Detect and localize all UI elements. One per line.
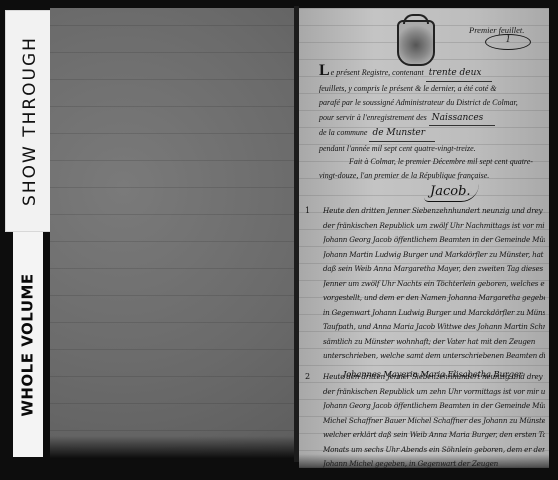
dated-statement: Fait à Colmar, le premier Décembre mil s… <box>319 155 539 183</box>
entry-line: Johann Georg Jacob öffentlichem Beamten … <box>323 233 545 248</box>
entry-line: Heute den dritten Jenner Siebenzehnhunde… <box>323 370 545 385</box>
form-line-1: e présent Registre, contenant <box>331 68 424 77</box>
entry-line: daß sein Weib Anna Margaretha Mayer, den… <box>323 262 545 277</box>
entry-line: sämtlich zu Münster wohnhaft; der Vater … <box>323 335 545 350</box>
entry-line: vorgestellt, und dem er den Namen Johann… <box>323 291 545 306</box>
entry-line: Jenner um zwölf Uhr Nachts ein Töchterle… <box>323 277 545 292</box>
administrator-signature: Jacob. <box>424 184 479 202</box>
entry-line: in Gegenwart Johann Ludwig Burger und Ma… <box>323 306 545 321</box>
official-seal-stamp-icon <box>397 20 435 66</box>
form-line-6: pendant l'année mil sept cent quatre-vin… <box>319 142 539 157</box>
entry-line: Johann Martin Ludwig Burger und Markdörf… <box>323 248 545 263</box>
entry-line: Michel Schaffner Bauer Michel Schaffner … <box>323 414 545 429</box>
entry-line: unterschrieben, welche samt dem untersch… <box>323 349 545 364</box>
form-line-3: parafé par le soussigné Administrateur d… <box>319 96 539 111</box>
entry-line: der fränkischen Republick um zwölf Uhr N… <box>323 219 545 234</box>
entry-line: welcher erklärt daß sein Weib Anna Maria… <box>323 428 545 443</box>
printed-register-form: Le présent Registre, contenant trente de… <box>319 64 539 156</box>
whole-volume-text: WHOLE VOLUME <box>19 273 37 416</box>
folio-label: Premier feuillet. <box>469 25 524 35</box>
entry-number: 1 <box>305 204 310 219</box>
left-page-blank <box>50 8 297 458</box>
form-line-2: feuillets, y compris le présent & le der… <box>319 82 539 97</box>
dropcap: L <box>319 62 330 79</box>
right-page-register: Premier feuillet. 1 Le présent Registre,… <box>299 8 549 468</box>
entry-line: Heute den dritten Jenner Siebenzehnhunde… <box>323 204 545 219</box>
show-through-text: SHOW THROUGH <box>20 36 40 206</box>
show-through-target-label: SHOW THROUGH <box>5 10 55 232</box>
document-scan: SHOW THROUGH WHOLE VOLUME Premier feuill… <box>0 0 558 480</box>
entry-line: der fränkischen Republick um zehn Uhr vo… <box>323 385 545 400</box>
entry-number: 2 <box>305 370 310 385</box>
page-shadow <box>50 436 294 458</box>
filled-register-type: Naissances <box>429 111 495 127</box>
filled-commune: de Munster <box>369 126 435 142</box>
form-line-4: pour servir à l'enregistrement des <box>319 113 427 122</box>
whole-volume-target-label: WHOLE VOLUME <box>13 232 43 457</box>
form-line-5: de la commune <box>319 128 367 137</box>
entry-line: Taufpath, und Anna Maria Jacob Wittwe de… <box>323 320 545 335</box>
page-bottom-shadow <box>299 454 549 468</box>
filled-page-count: trente deux <box>426 66 492 82</box>
birth-entry-1: 1 Heute den dritten Jenner Siebenzehnhun… <box>307 204 545 382</box>
entry-line: Johann Georg Jacob öffentlichem Beamten … <box>323 399 545 414</box>
folio-number: 1 <box>485 34 531 50</box>
